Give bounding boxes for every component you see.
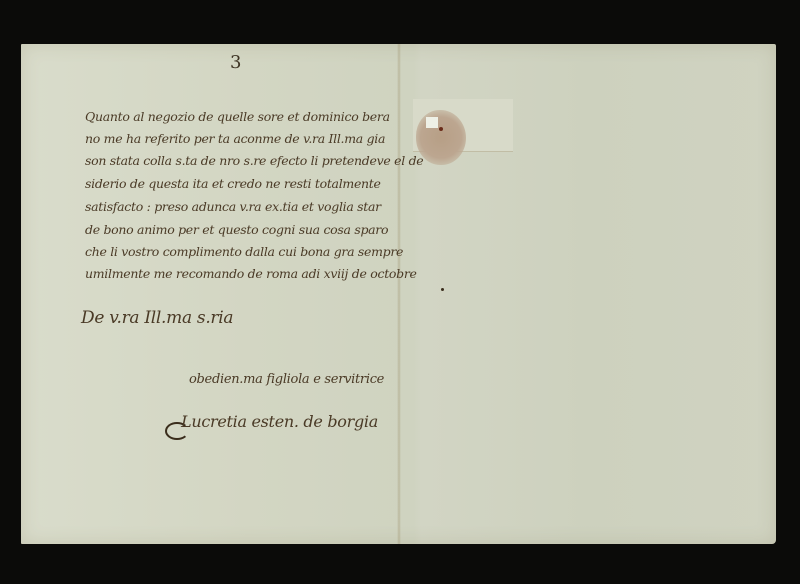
- seal-paper-fragment: [426, 117, 438, 128]
- page-number: 3: [230, 52, 241, 73]
- signature-title: obedien.ma figliola e servitrice: [189, 372, 384, 387]
- signature-name: Lucretia esten. de borgia: [181, 412, 378, 431]
- letter-line-1: Quanto al negozio de quelle sore et domi…: [85, 109, 390, 124]
- closing-salutation: De v.ra Ill.ma s.ria: [81, 308, 233, 328]
- letter-line-7: che li vostro complimento dalla cui bona…: [85, 244, 403, 259]
- letter-line-3: son stata colla s.ta de nro s.re efecto …: [85, 153, 423, 168]
- seal-dot: [439, 127, 443, 131]
- letter-line-4: siderio de questa ita et credo ne resti …: [85, 176, 381, 191]
- letter-line-2: no me ha referito per ta aconme de v.ra …: [85, 131, 385, 146]
- letter-line-6: de bono animo per et questo cogni sua co…: [85, 222, 388, 237]
- ink-mark: [441, 288, 444, 291]
- center-fold: [397, 44, 401, 544]
- manuscript-sheet: 3 Quanto al negozio de quelle sore et do…: [21, 44, 776, 544]
- letter-line-5: satisfacto : preso adunca v.ra ex.tia et…: [85, 199, 381, 214]
- letter-line-8: umilmente me recomando de roma adi xviij…: [85, 266, 417, 281]
- wax-seal-stain: [416, 110, 466, 165]
